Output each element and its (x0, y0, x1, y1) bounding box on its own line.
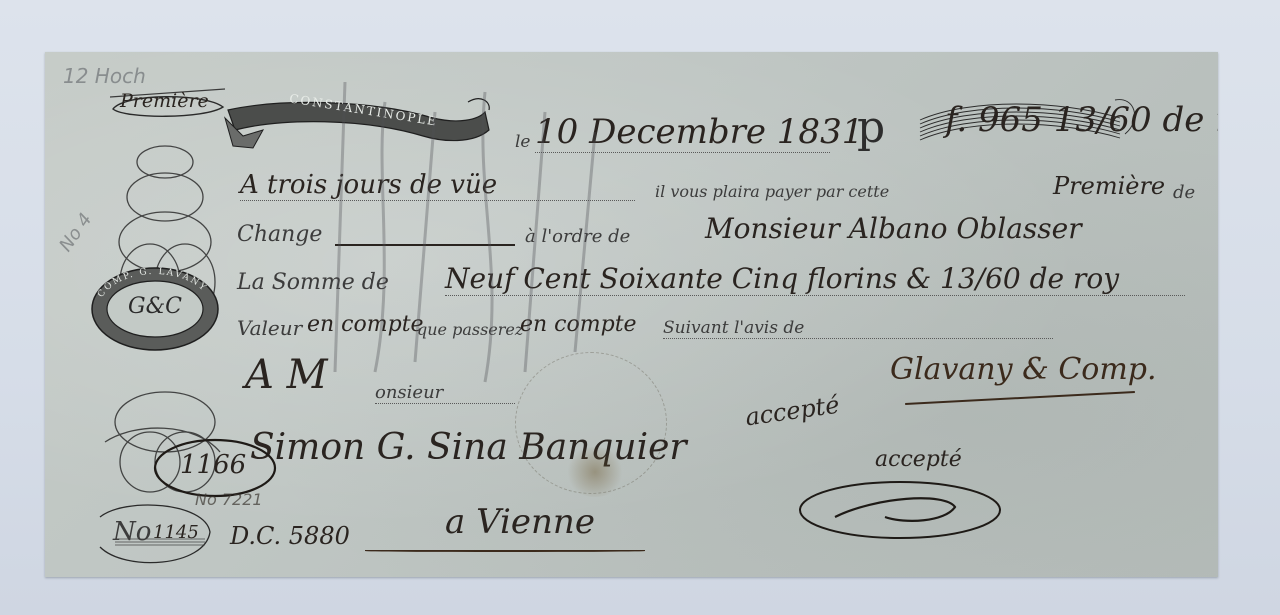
payee-name: Monsieur Albano Oblasser (705, 212, 1082, 245)
advice-printed: Suivant l'avis de (663, 318, 1053, 339)
city-underline (365, 550, 645, 552)
drawer-signature: Glavany & Comp. (890, 352, 1157, 387)
side-pencil-note: No 4 (55, 209, 96, 255)
amount-prefix: p (857, 102, 885, 153)
register-number: 1145 (153, 522, 199, 543)
acceptance-mark: accepté (744, 391, 842, 432)
copy-handwritten: Première (1053, 172, 1165, 200)
ledger-ref: D.C. 5880 (230, 522, 350, 550)
tenor-printed: il vous plaira payer par cette (655, 182, 889, 201)
bill-of-exchange-sheet: 12 Hoch Première CONSTANTINOPLE le 10 De… (45, 52, 1218, 577)
drawee-city: a Vienne (445, 502, 595, 542)
copy-label: Première (120, 90, 209, 112)
pencil-note: 12 Hoch (63, 64, 146, 88)
oval-number: 1166 (180, 450, 246, 480)
company-seal: COMP. G. LAVANY G&C (89, 264, 221, 354)
seal-monogram: G&C (89, 294, 221, 319)
paraph-flourish-icon (795, 472, 1005, 542)
register-label: No (113, 517, 151, 547)
amount-value: f. 965 13/60 de roy (945, 100, 1218, 140)
pencil-marks-icon (315, 72, 635, 392)
signature-underline (905, 391, 1135, 405)
change-printed: Change (237, 222, 322, 247)
value-printed: Valeur (237, 316, 302, 340)
acceptance-mark-2: accepté (875, 447, 962, 472)
de-printed: de (1173, 182, 1195, 203)
